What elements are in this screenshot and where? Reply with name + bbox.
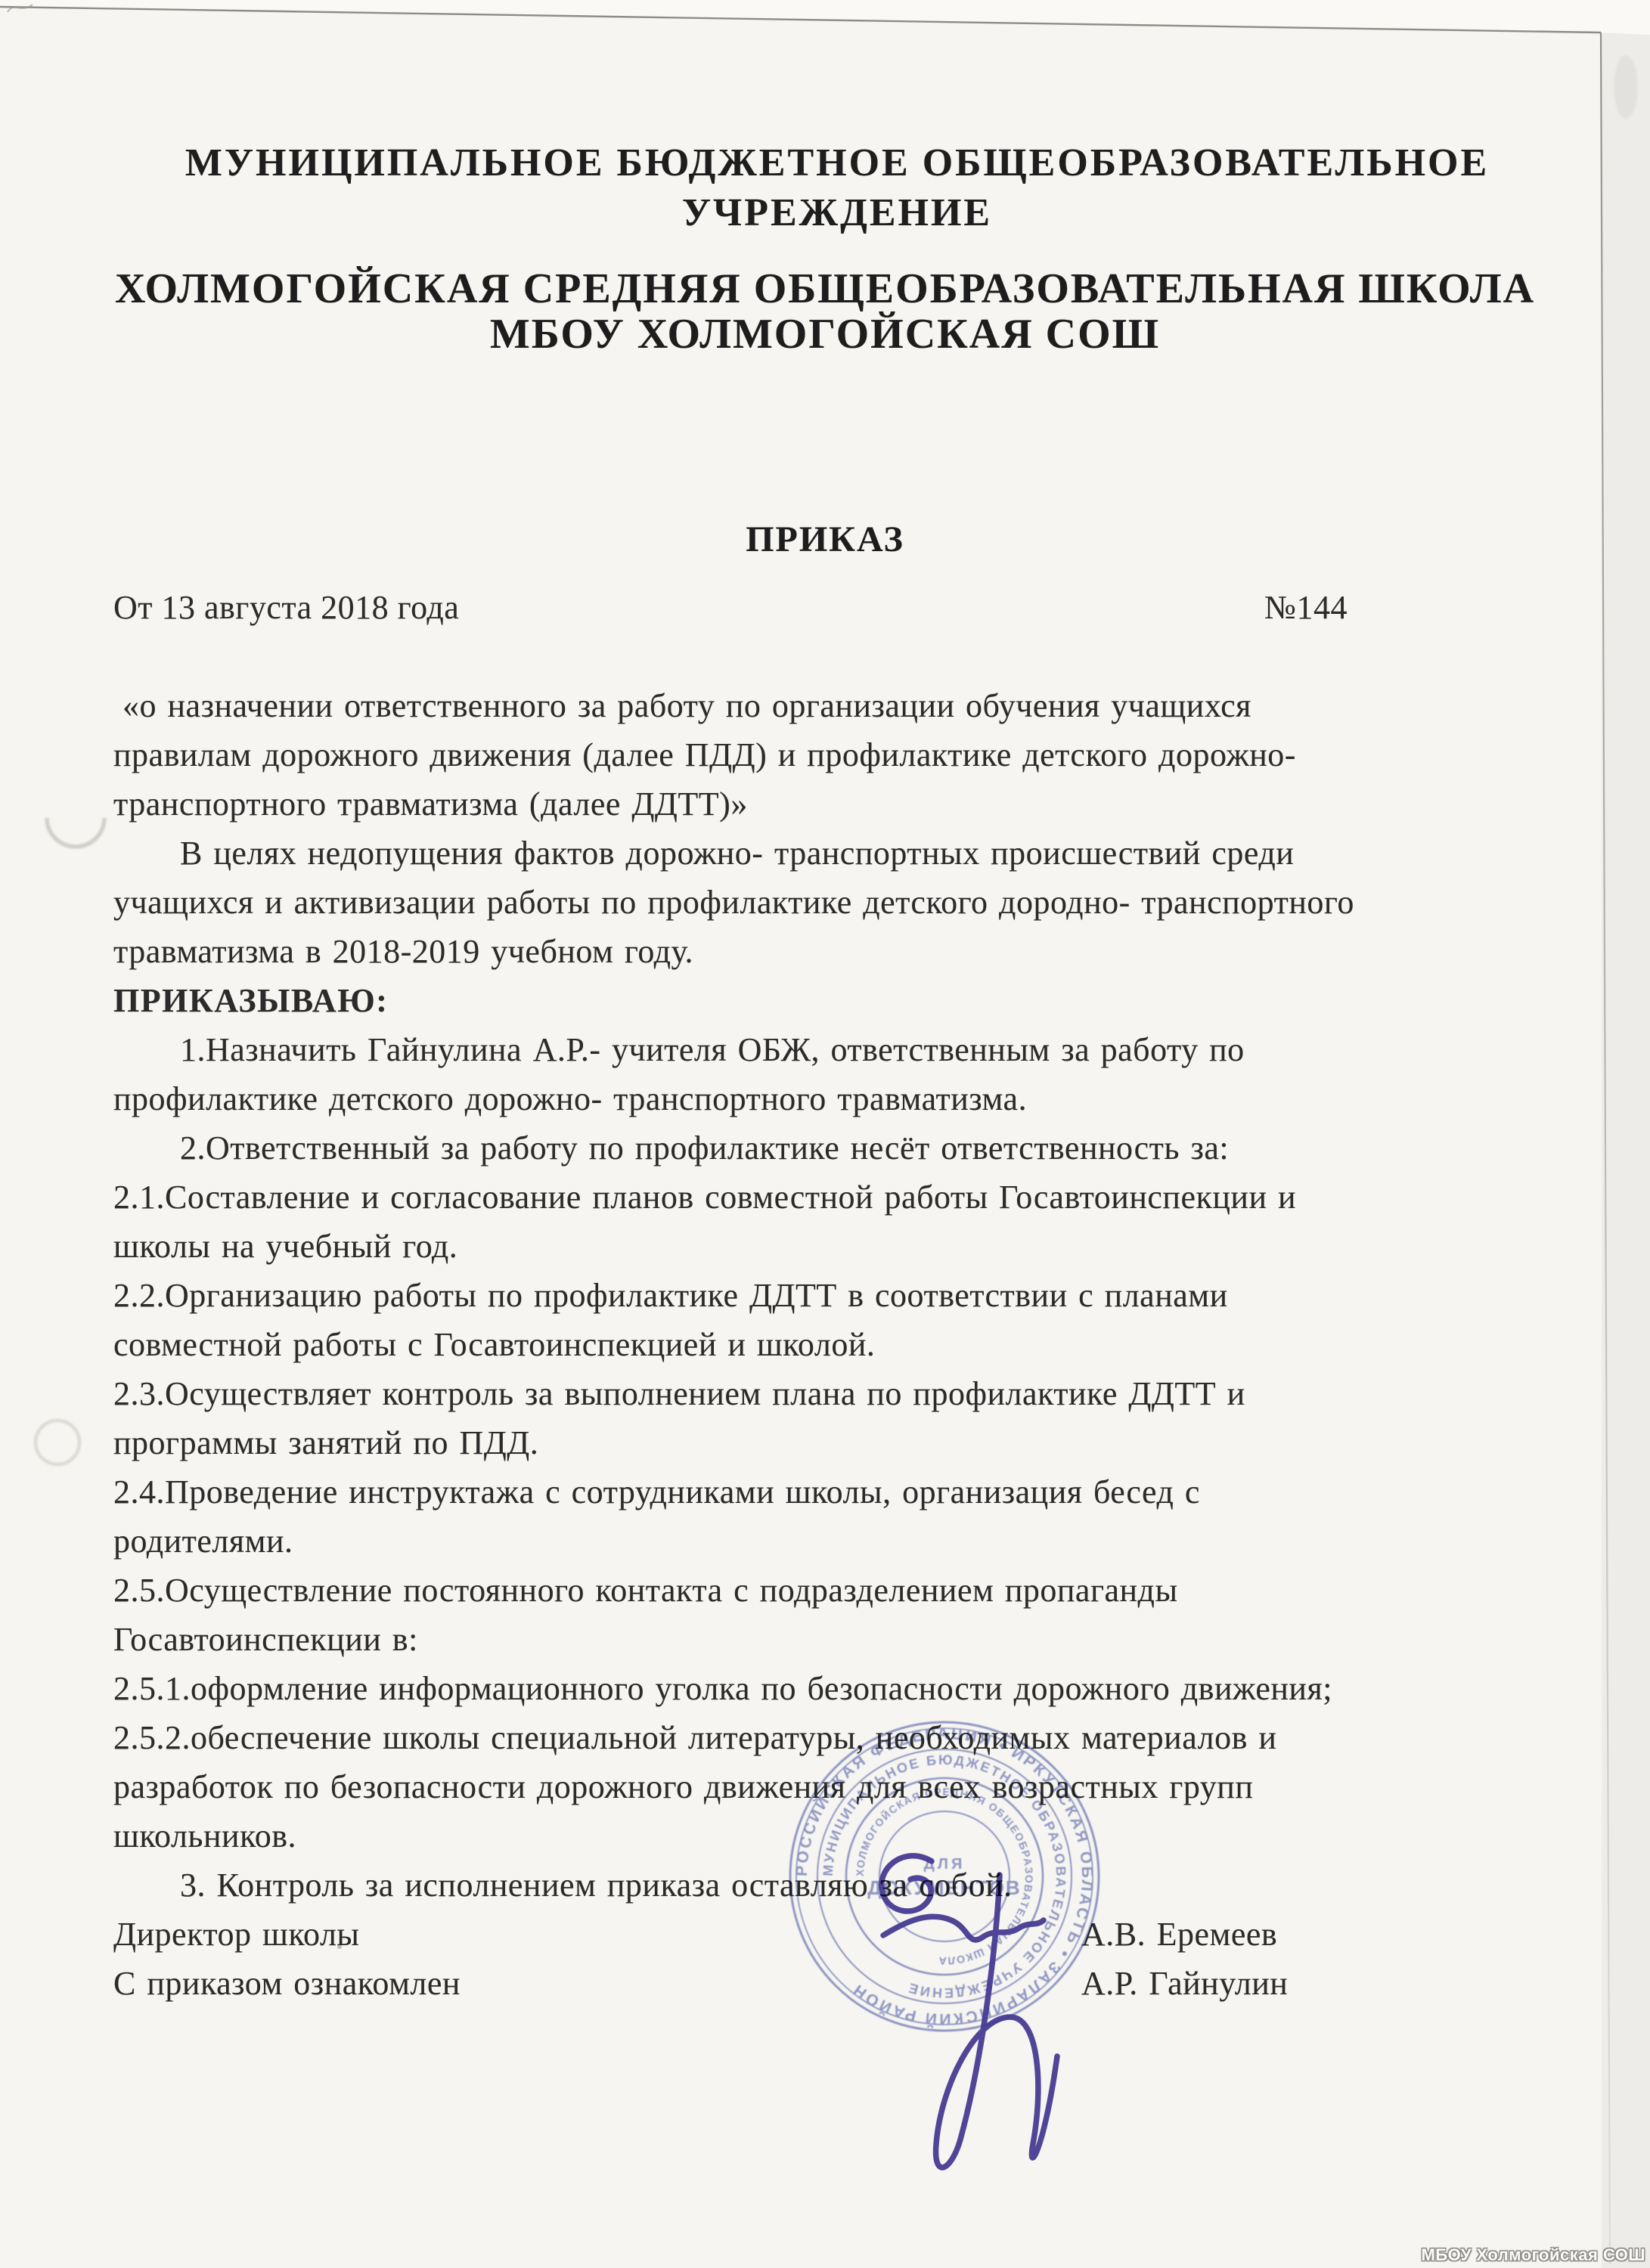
site-watermark: МБОУ Холмогойская СОШ bbox=[1422, 2245, 1646, 2265]
ink-layer: РОССИЙСКАЯ ФЕДЕРАЦИЯ • ИРКУТСКАЯ ОБЛАСТЬ… bbox=[0, 0, 1650, 2268]
scanned-document-page: { "doc": { "header": { "org_line1": "МУН… bbox=[0, 0, 1650, 2268]
round-stamp: РОССИЙСКАЯ ФЕДЕРАЦИЯ • ИРКУТСКАЯ ОБЛАСТЬ… bbox=[790, 1722, 1099, 2031]
